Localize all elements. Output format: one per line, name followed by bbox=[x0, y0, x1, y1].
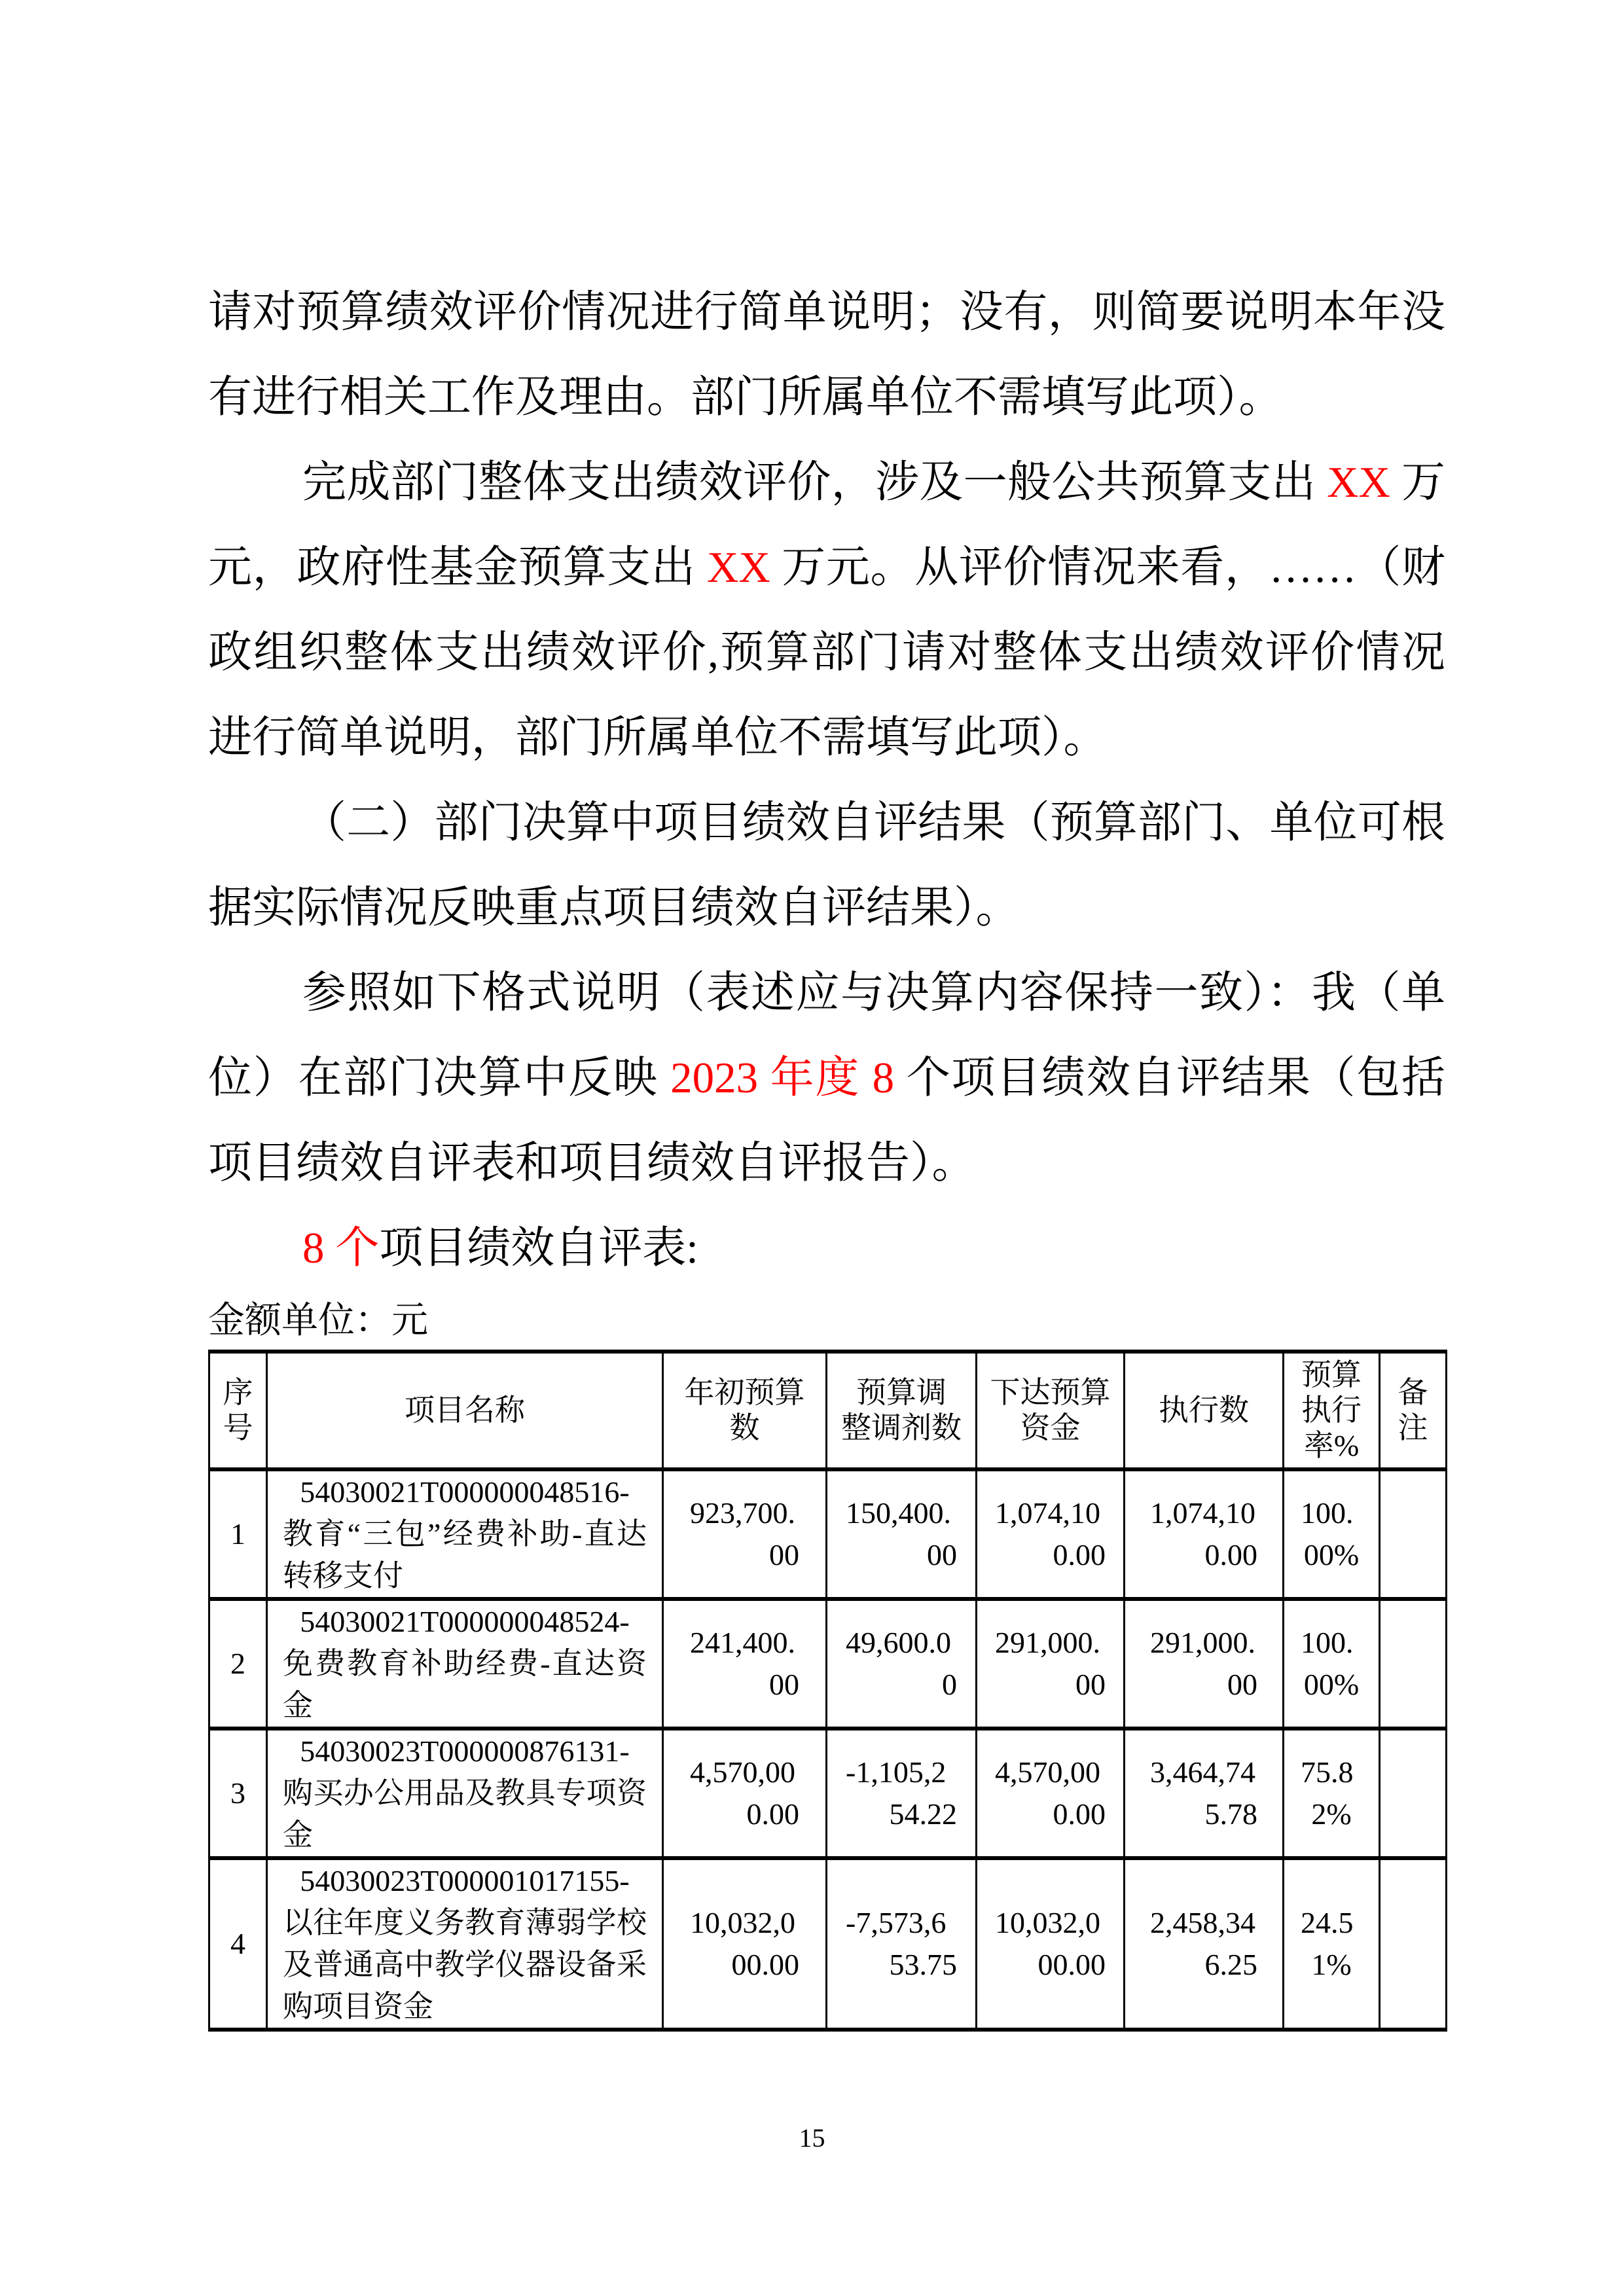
paragraph-section-two-heading: （二）部门决算中项目绩效自评结果（预算部门、单位可根据实际情况反映重点项目绩效自… bbox=[208, 780, 1445, 950]
placeholder-xx: XX bbox=[1327, 458, 1390, 507]
placeholder-xx: XX bbox=[707, 543, 770, 592]
cell-note bbox=[1380, 1729, 1447, 1858]
paragraph-budget-eval-note: 请对预算绩效评价情况进行简单说明；没有，则简要说明本年没有进行相关工作及理由。部… bbox=[208, 270, 1445, 440]
cell-executed-amount: 1,074,100.00 bbox=[1125, 1469, 1284, 1599]
cell-seq: 1 bbox=[209, 1469, 267, 1599]
cell-allocated-funds: 10,032,000.00 bbox=[977, 1858, 1125, 2030]
text-run: （二）部门决算中项目绩效自评结果（预算部门、单位可根据实际情况反映重点项目绩效自… bbox=[208, 798, 1445, 932]
cell-seq: 3 bbox=[209, 1729, 267, 1858]
project-code: 54030023T000000876131- bbox=[283, 1731, 647, 1772]
cell-execution-rate: 100.00% bbox=[1284, 1469, 1380, 1599]
project-code: 54030021T000000048516- bbox=[283, 1471, 647, 1513]
project-title: 免费教育补助经费-直达资金 bbox=[283, 1643, 647, 1727]
cell-execution-rate: 24.51% bbox=[1284, 1858, 1380, 2030]
cell-initial-budget: 241,400.00 bbox=[663, 1599, 827, 1729]
table-header-row: 序 号 项目名称 年初预算 数 预算调 整调剂数 下达预算 资金 执行数 预算 … bbox=[209, 1352, 1447, 1469]
paragraph-format-reference: 参照如下格式说明（表述应与决算内容保持一致）：我（单位）在部门决算中反映 202… bbox=[208, 950, 1445, 1206]
cell-project-name: 54030021T000000048516- 教育“三包”经费补助-直达转移支付 bbox=[267, 1469, 663, 1599]
project-code: 54030021T000000048524- bbox=[283, 1601, 647, 1643]
highlight-project-count: 8 个 bbox=[302, 1224, 379, 1272]
cell-budget-adjustment: -1,105,254.22 bbox=[827, 1729, 977, 1858]
header-project-name: 项目名称 bbox=[267, 1352, 663, 1469]
project-title: 购买办公用品及教具专项资金 bbox=[283, 1772, 647, 1856]
cell-executed-amount: 2,458,346.25 bbox=[1125, 1858, 1284, 2030]
highlight-year-count: 2023 年度 8 bbox=[670, 1054, 894, 1102]
cell-execution-rate: 75.82% bbox=[1284, 1729, 1380, 1858]
cell-initial-budget: 4,570,000.00 bbox=[663, 1729, 827, 1858]
header-allocated-funds: 下达预算 资金 bbox=[977, 1352, 1125, 1469]
cell-project-name: 54030021T000000048524- 免费教育补助经费-直达资金 bbox=[267, 1599, 663, 1729]
cell-seq: 2 bbox=[209, 1599, 267, 1729]
cell-initial-budget: 10,032,000.00 bbox=[663, 1858, 827, 2030]
header-initial-budget: 年初预算 数 bbox=[663, 1352, 827, 1469]
header-execution-rate: 预算 执行 率% bbox=[1284, 1352, 1380, 1469]
cell-initial-budget: 923,700.00 bbox=[663, 1469, 827, 1599]
cell-execution-rate: 100.00% bbox=[1284, 1599, 1380, 1729]
cell-executed-amount: 291,000.00 bbox=[1125, 1599, 1284, 1729]
cell-budget-adjustment: 49,600.00 bbox=[827, 1599, 977, 1729]
cell-note bbox=[1380, 1599, 1447, 1729]
cell-budget-adjustment: -7,573,653.75 bbox=[827, 1858, 977, 2030]
cell-budget-adjustment: 150,400.00 bbox=[827, 1469, 977, 1599]
cell-allocated-funds: 291,000.00 bbox=[977, 1599, 1125, 1729]
amount-unit-note: 金额单位：元 bbox=[208, 1292, 1445, 1350]
project-title: 教育“三包”经费补助-直达转移支付 bbox=[283, 1513, 647, 1597]
page-number: 15 bbox=[0, 2123, 1624, 2154]
text-run: 完成部门整体支出绩效评价，涉及一般公共预算支出 bbox=[302, 458, 1327, 507]
cell-seq: 4 bbox=[209, 1858, 267, 2030]
table-row: 4 54030023T000001017155- 以往年度义务教育薄弱学校及普通… bbox=[209, 1858, 1447, 2030]
document-page: 请对预算绩效评价情况进行简单说明；没有，则简要说明本年没有进行相关工作及理由。部… bbox=[0, 0, 1624, 2296]
document-body: 请对预算绩效评价情况进行简单说明；没有，则简要说明本年没有进行相关工作及理由。部… bbox=[208, 270, 1445, 2032]
header-executed-amount: 执行数 bbox=[1125, 1352, 1284, 1469]
cell-note bbox=[1380, 1469, 1447, 1599]
project-self-eval-table: 序 号 项目名称 年初预算 数 预算调 整调剂数 下达预算 资金 执行数 预算 … bbox=[208, 1350, 1447, 2032]
cell-note bbox=[1380, 1858, 1447, 2030]
cell-project-name: 54030023T000000876131- 购买办公用品及教具专项资金 bbox=[267, 1729, 663, 1858]
paragraph-overall-expenditure-eval: 完成部门整体支出绩效评价，涉及一般公共预算支出 XX 万元，政府性基金预算支出 … bbox=[208, 440, 1445, 780]
project-code: 54030023T000001017155- bbox=[283, 1860, 647, 1902]
cell-project-name: 54030023T000001017155- 以往年度义务教育薄弱学校及普通高中… bbox=[267, 1858, 663, 2030]
header-seq: 序 号 bbox=[209, 1352, 267, 1469]
header-note: 备 注 bbox=[1380, 1352, 1447, 1469]
table-row: 1 54030021T000000048516- 教育“三包”经费补助-直达转移… bbox=[209, 1469, 1447, 1599]
text-run: 请对预算绩效评价情况进行简单说明；没有，则简要说明本年没有进行相关工作及理由。部… bbox=[208, 288, 1445, 422]
cell-executed-amount: 3,464,745.78 bbox=[1125, 1729, 1284, 1858]
project-title: 以往年度义务教育薄弱学校及普通高中教学仪器设备采购项目资金 bbox=[283, 1902, 647, 2028]
header-budget-adjustment: 预算调 整调剂数 bbox=[827, 1352, 977, 1469]
table-row: 3 54030023T000000876131- 购买办公用品及教具专项资金 4… bbox=[209, 1729, 1447, 1858]
text-run: 项目绩效自评表: bbox=[379, 1224, 698, 1272]
paragraph-table-intro: 8 个项目绩效自评表: bbox=[208, 1206, 1445, 1291]
cell-allocated-funds: 4,570,000.00 bbox=[977, 1729, 1125, 1858]
table-row: 2 54030021T000000048524- 免费教育补助经费-直达资金 2… bbox=[209, 1599, 1447, 1729]
cell-allocated-funds: 1,074,100.00 bbox=[977, 1469, 1125, 1599]
